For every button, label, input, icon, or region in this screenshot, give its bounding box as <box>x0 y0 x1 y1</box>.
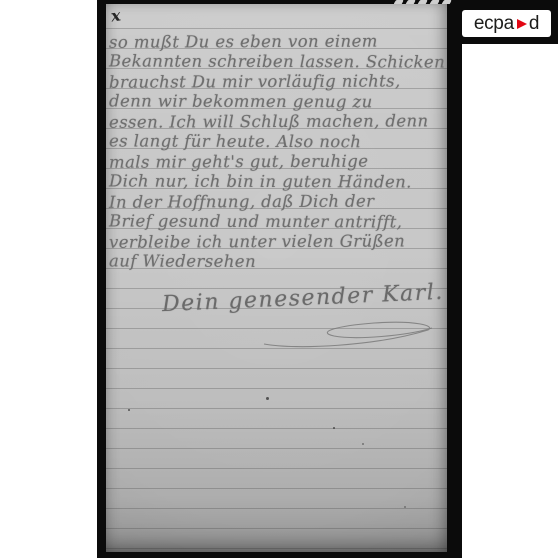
handwriting-line: es langt für heute. Also noch <box>109 131 445 152</box>
film-edge-marks <box>394 0 460 4</box>
handwriting-line: so mußt Du es eben von einem <box>109 31 445 52</box>
dust-speck <box>128 409 130 411</box>
page-background: ecpa d x so mußt Du es eben von einem Be… <box>0 0 558 558</box>
watermark-backdrop: ecpa d <box>447 0 558 44</box>
dust-speck <box>266 397 269 400</box>
watermark-arrow-icon <box>517 19 527 29</box>
dust-speck <box>362 443 364 445</box>
ecpad-watermark: ecpa d <box>462 10 551 37</box>
signature-flourish <box>256 312 446 352</box>
letter-photo: x so mußt Du es eben von einem Bekannten… <box>106 4 447 552</box>
handwriting-line: In der Hoffnung, daß Dich der <box>109 191 445 212</box>
corner-mark: x <box>110 5 122 25</box>
handwriting-line: Dich nur, ich bin in guten Händen. <box>109 171 445 192</box>
watermark-text-left: ecpa <box>474 14 514 34</box>
handwriting-line: denn wir bekommen genug zu <box>109 91 445 112</box>
handwriting-line: mals mir geht's gut, beruhige <box>109 151 445 172</box>
handwriting-line: auf Wiedersehen <box>109 251 445 272</box>
handwriting-line: essen. Ich will Schluß machen, denn <box>109 111 445 132</box>
handwriting-line: Brief gesund und munter antrifft, <box>109 211 445 232</box>
handwriting-line: verbleibe ich unter vielen Grüßen <box>109 231 445 252</box>
handwriting-line: brauchst Du mir vorläufig nichts, <box>109 71 445 92</box>
dust-speck <box>333 427 335 429</box>
dust-speck <box>404 506 406 508</box>
handwriting-line: Bekannten schreiben lassen. Schicken <box>109 51 445 72</box>
watermark-text-right: d <box>529 14 539 34</box>
